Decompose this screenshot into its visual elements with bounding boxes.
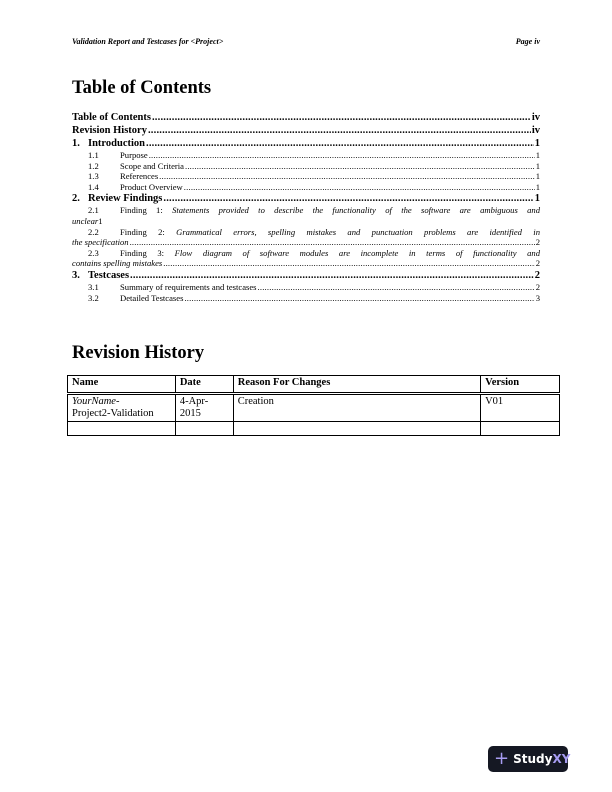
toc-entry[interactable]: 1.1 Purpose 1 <box>72 150 540 161</box>
toc-entry[interactable]: 3.2 Detailed Testcases 3 <box>72 293 540 304</box>
toc-heading: Table of Contents <box>72 78 211 99</box>
cell-version[interactable] <box>481 422 560 436</box>
revision-history-table: Name Date Reason For Changes Version You… <box>67 375 560 436</box>
toc-entry[interactable]: 3. Testcases 2 <box>72 269 540 282</box>
page-number: Page iv <box>516 37 540 46</box>
column-header-reason: Reason For Changes <box>233 376 480 394</box>
toc-entry[interactable]: 1.3 References 1 <box>72 171 540 182</box>
table-header-row: Name Date Reason For Changes Version <box>68 376 560 394</box>
toc-entry[interactable]: 2. Review Findings 1 <box>72 192 540 205</box>
cell-reason[interactable] <box>233 422 480 436</box>
toc-entry[interactable]: 1.4 Product Overview 1 <box>72 182 540 193</box>
toc-entry[interactable]: 1.2 Scope and Criteria 1 <box>72 161 540 172</box>
cell-reason[interactable]: Creation <box>233 394 480 422</box>
table-of-contents: Table of Contents iv Revision History iv… <box>72 111 540 303</box>
table-row <box>68 422 560 436</box>
page-header: Validation Report and Testcases for <Pro… <box>72 37 540 46</box>
column-header-date: Date <box>175 376 233 394</box>
toc-entry[interactable]: Revision History iv <box>72 124 540 137</box>
revision-history-heading: Revision History <box>72 343 204 364</box>
column-header-name: Name <box>68 376 176 394</box>
studyxy-logo[interactable]: + StudyXY <box>488 746 568 772</box>
cell-version[interactable]: V01 <box>481 394 560 422</box>
table-row: YourName-Project2-Validation 4-Apr-2015 … <box>68 394 560 422</box>
toc-entry[interactable]: 2.2Finding 2: Grammatical errors, spelli… <box>72 227 540 248</box>
toc-entry[interactable]: 2.1Finding 1: Statements provided to des… <box>72 205 540 226</box>
toc-entry[interactable]: 3.1 Summary of requirements and testcase… <box>72 282 540 293</box>
cell-date[interactable] <box>175 422 233 436</box>
document-title: Validation Report and Testcases for <Pro… <box>72 37 223 46</box>
toc-entry[interactable]: Table of Contents iv <box>72 111 540 124</box>
logo-text-study: Study <box>513 752 552 766</box>
column-header-version: Version <box>481 376 560 394</box>
toc-entry[interactable]: 1. Introduction 1 <box>72 137 540 150</box>
plus-icon: + <box>494 750 509 768</box>
cell-name[interactable] <box>68 422 176 436</box>
toc-entry[interactable]: 2.3Finding 3: Flow diagram of software m… <box>72 248 540 269</box>
cell-date[interactable]: 4-Apr-2015 <box>175 394 233 422</box>
cell-name[interactable]: YourName-Project2-Validation <box>68 394 176 422</box>
logo-text-xy: XY <box>552 752 570 766</box>
